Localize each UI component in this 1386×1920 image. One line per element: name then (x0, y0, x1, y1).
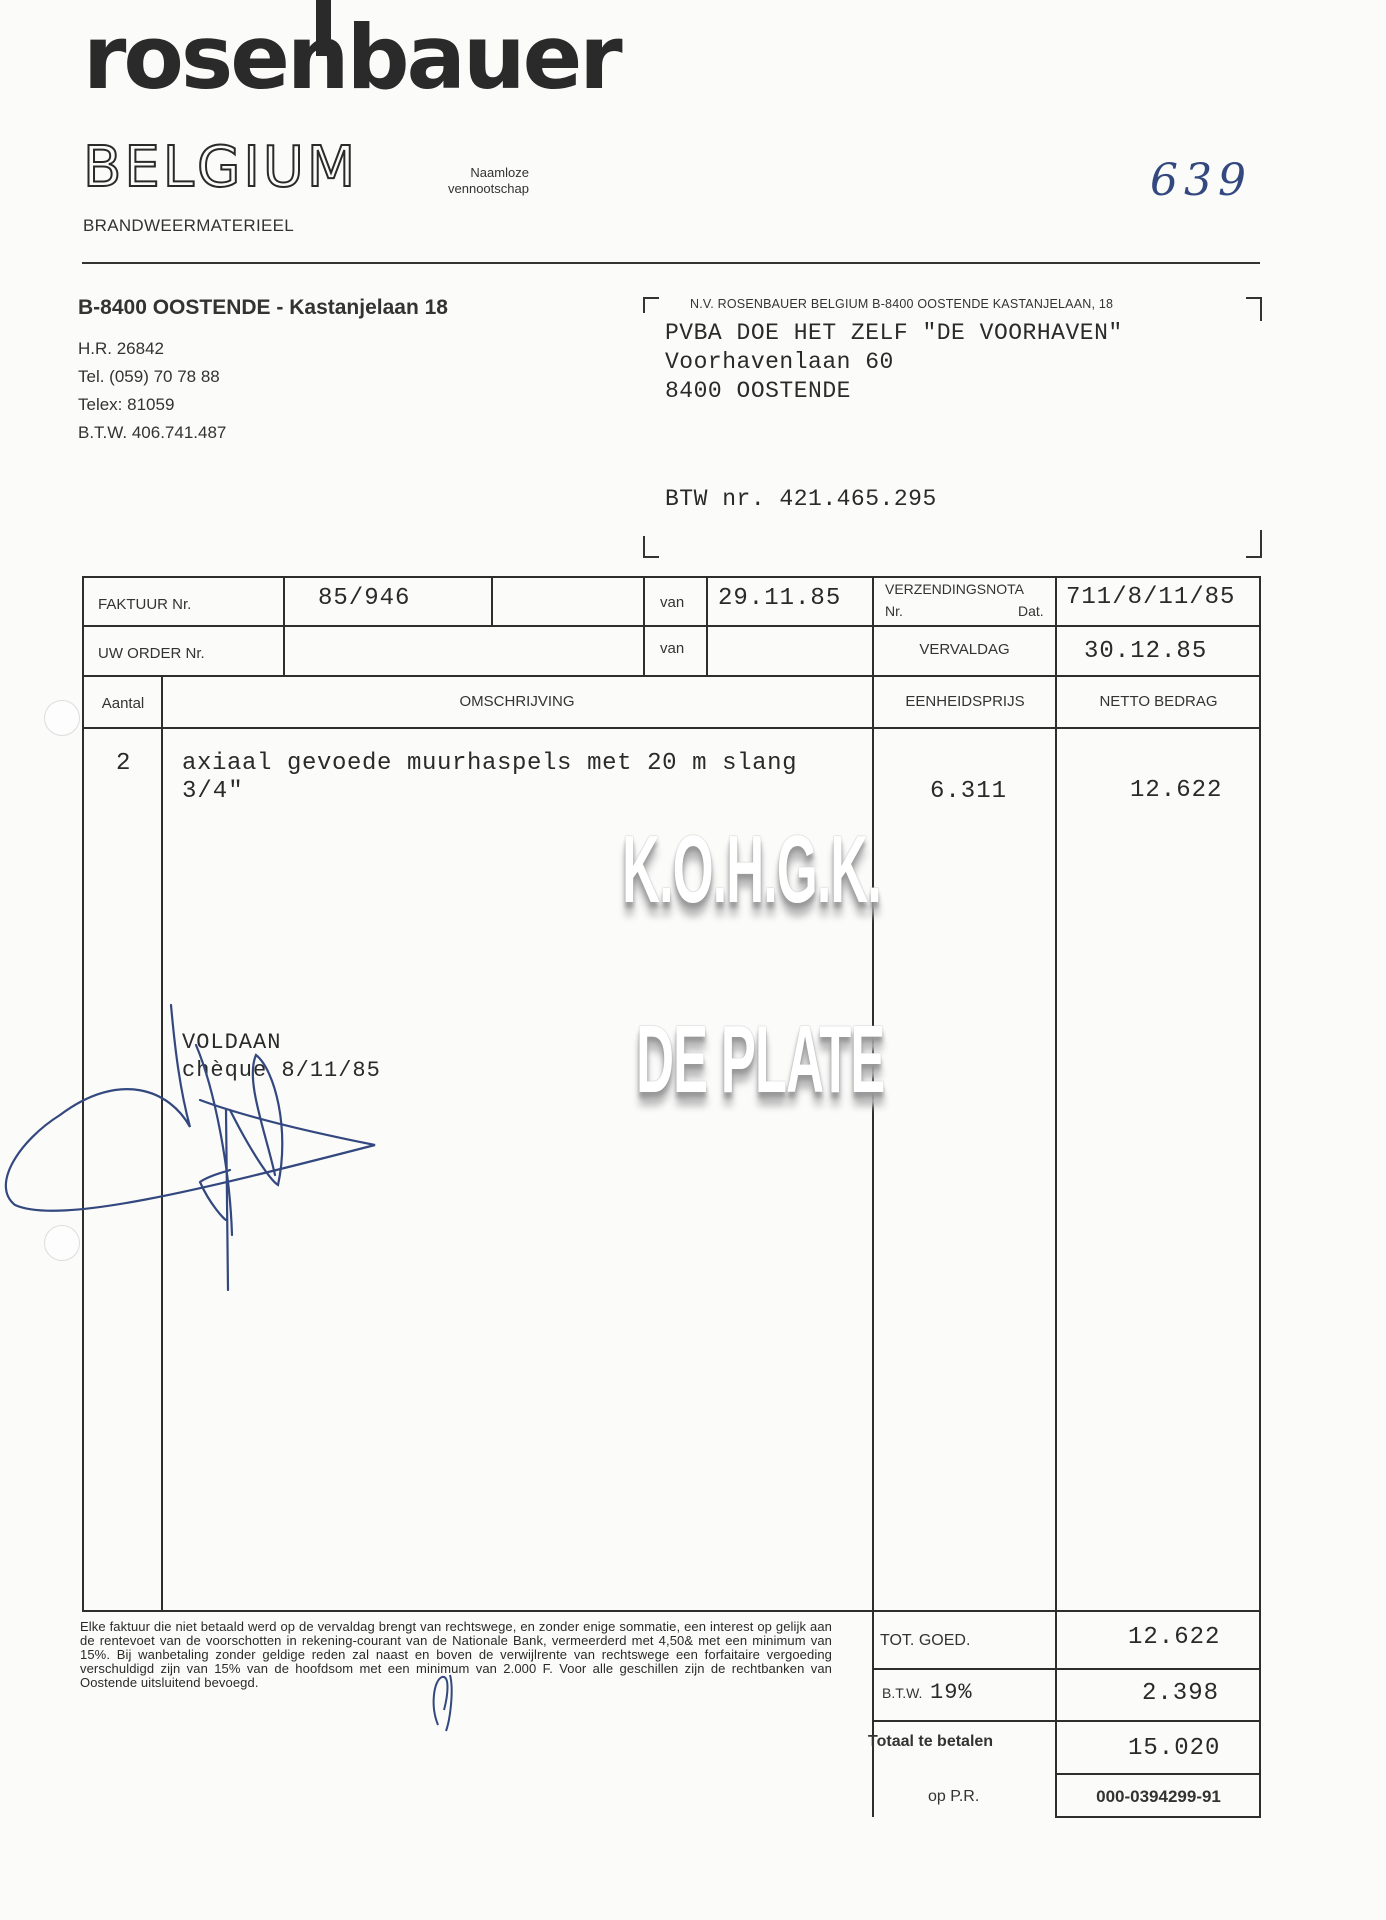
sender-address: B-8400 OOSTENDE - Kastanjelaan 18 (78, 296, 448, 320)
sender-hr: H.R. 26842 (78, 339, 164, 359)
header-divider (82, 262, 1260, 264)
invoice-number-label: FAKTUUR Nr. (98, 596, 191, 613)
due-date-label: VERVALDAG (872, 641, 1057, 658)
table-line (872, 576, 874, 1817)
order-date-label: van (660, 640, 684, 657)
table-line (82, 727, 1261, 729)
table-line (82, 675, 1261, 677)
signature-icon (0, 990, 440, 1310)
table-line (82, 625, 1261, 627)
table-line (491, 576, 493, 626)
tagline: BRANDWEERMATERIEEL (83, 216, 294, 236)
window-corner-bl (643, 536, 659, 558)
col-header-description: OMSCHRIJVING (162, 693, 872, 710)
shipping-note-label: VERZENDINGSNOTA (885, 581, 1024, 597)
table-line (872, 1720, 1261, 1722)
vat-rate: 19% (930, 1680, 973, 1705)
logo-rosenbauer: rosenbauer (83, 14, 620, 102)
account-label: op P.R. (928, 1788, 979, 1806)
table-line (82, 576, 1261, 578)
table-line (1055, 576, 1057, 1817)
shipping-note-date-label: Dat. (1018, 603, 1044, 619)
return-address: N.V. ROSENBAUER BELGIUM B-8400 OOSTENDE … (690, 297, 1113, 311)
table-line (1055, 1773, 1261, 1775)
col-header-quantity: Aantal (84, 695, 162, 712)
legal-form: Naamloze vennootschap (448, 165, 529, 197)
invoice-date: 29.11.85 (718, 585, 841, 612)
total-goods-label: TOT. GOED. (880, 1632, 970, 1650)
recipient-name: PVBA DOE HET ZELF "DE VOORHAVEN" (665, 320, 1123, 346)
window-corner-br (1246, 530, 1262, 558)
col-header-unit-price: EENHEIDSPRIJS (874, 693, 1056, 710)
shipping-note-nr-label: Nr. (885, 603, 903, 619)
vat-value: 2.398 (1142, 1680, 1219, 1707)
item-description-line1: axiaal gevoede muurhaspels met 20 m slan… (182, 750, 797, 777)
invoice-date-label: van (660, 594, 684, 611)
total-due-label: Totaal te betalen (868, 1733, 993, 1751)
legal-form-line1: Naamloze (448, 165, 529, 181)
order-number-label: UW ORDER Nr. (98, 645, 205, 662)
window-corner-tl (643, 297, 659, 313)
punch-hole (44, 700, 80, 736)
recipient-street: Voorhavenlaan 60 (665, 349, 894, 375)
stamp-line1: K.O.H.G.K. (622, 815, 881, 925)
item-quantity: 2 (116, 750, 131, 777)
pen-mark-icon (420, 1665, 470, 1735)
table-line (82, 1610, 1261, 1612)
due-date: 30.12.85 (1084, 638, 1207, 665)
sender-telex: Telex: 81059 (78, 395, 174, 415)
stamp-line2: DE PLATE (636, 1005, 884, 1115)
shipping-note-value: 711/8/11/85 (1066, 584, 1235, 611)
item-net-amount: 12.622 (1130, 777, 1222, 804)
item-unit-price: 6.311 (930, 778, 1007, 805)
total-goods-value: 12.622 (1128, 1624, 1220, 1651)
table-line (643, 576, 645, 676)
table-line (1055, 1816, 1261, 1818)
table-line (283, 576, 285, 676)
table-line (872, 1668, 1261, 1670)
recipient-vat: BTW nr. 421.465.295 (665, 486, 937, 512)
vat-label: B.T.W. (882, 1685, 922, 1701)
item-description-line2: 3/4" (182, 778, 244, 805)
account-number: 000-0394299-91 (1057, 1787, 1260, 1807)
sender-btw: B.T.W. 406.741.487 (78, 423, 226, 443)
sender-tel: Tel. (059) 70 78 88 (78, 367, 220, 387)
table-line (706, 576, 708, 676)
total-due-value: 15.020 (1128, 1735, 1220, 1762)
invoice-number: 85/946 (318, 585, 410, 612)
logo-belgium: BELGIUM (83, 140, 358, 196)
table-line (1259, 576, 1261, 1612)
legal-form-line2: vennootschap (448, 181, 529, 197)
window-corner-tr (1246, 297, 1262, 321)
handwritten-number: 639 (1150, 155, 1252, 206)
recipient-city: 8400 OOSTENDE (665, 378, 851, 404)
col-header-net-amount: NETTO BEDRAG (1057, 693, 1260, 710)
